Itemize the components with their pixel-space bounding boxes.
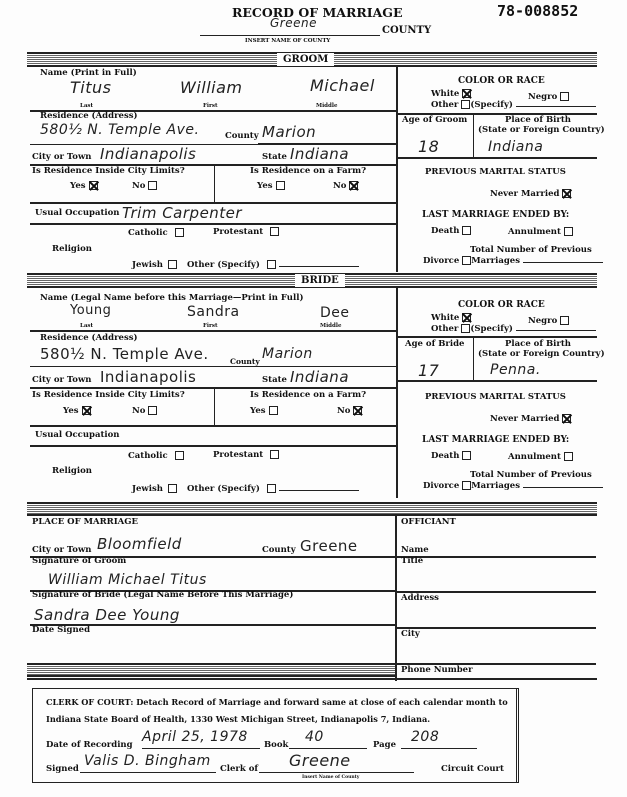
bride-city-limits-label: Is Residence Inside City Limits? — [32, 390, 185, 400]
bride-first-caption: First — [203, 323, 218, 329]
bride-catholic: Catholic — [128, 451, 184, 461]
never-married-label: Never Married — [490, 189, 559, 199]
bride-signature: Sandra Dee Young — [34, 606, 180, 624]
groom-farm-yes: Yes — [257, 181, 285, 191]
divider — [473, 113, 474, 157]
groom-name-label: Name (Print in Full) — [40, 68, 137, 78]
groom-middle-caption: Middle — [316, 103, 337, 109]
bride-catholic-checkbox[interactable] — [175, 451, 184, 460]
bride-farm-no-checkbox[interactable] — [353, 406, 362, 415]
yes-label: Yes — [70, 181, 86, 191]
divider — [30, 330, 396, 332]
book-label: Book — [264, 740, 288, 750]
divorce-label: Divorce — [423, 256, 459, 266]
death-label: Death — [431, 226, 459, 236]
date-of-recording: April 25, 1978 — [142, 729, 248, 745]
divider — [397, 380, 597, 382]
groom-state: Indiana — [290, 145, 349, 163]
groom-prev-status-label: PREVIOUS MARITAL STATUS — [425, 167, 566, 177]
divider — [396, 627, 596, 629]
bride-city-limits-no-checkbox[interactable] — [148, 406, 157, 415]
place-section-bar — [27, 502, 597, 516]
marriages-label: Marriages — [471, 256, 520, 266]
bride-protestant: Protestant — [213, 450, 279, 460]
signed-line: Valis D. Bingham — [80, 757, 216, 773]
groom-divorce-checkbox[interactable] — [462, 256, 471, 265]
groom-county-label: County — [225, 131, 259, 141]
page-value: 208 — [411, 729, 439, 745]
protestant-label: Protestant — [213, 450, 263, 460]
bride-city-limits-no: No — [132, 406, 157, 416]
groom-religion-label: Religion — [52, 244, 92, 254]
officiant-name-label: Name — [401, 545, 429, 555]
bride-section-bar: BRIDE — [27, 273, 597, 288]
race-specify-line — [516, 330, 596, 331]
bride-jewish: Jewish — [132, 484, 177, 494]
county-line: Greene — [200, 22, 380, 36]
annulment-label: Annulment — [508, 227, 561, 237]
groom-city-limits-yes-checkbox[interactable] — [89, 181, 98, 190]
bride-other-religion-checkbox[interactable] — [267, 484, 276, 493]
other-label: Other — [431, 324, 458, 334]
bride-birthplace: Penna. — [490, 362, 541, 378]
groom-jewish: Jewish — [132, 260, 177, 270]
groom-divorce: Divorce Marriages — [423, 256, 603, 266]
officiant-city-label: City — [401, 629, 420, 639]
bride-name-label: Name (Legal Name before this Marriage—Pr… — [40, 293, 303, 303]
birth-label-line2: (State or Foreign Country) — [478, 349, 598, 359]
groom-city-label: City or Town — [32, 152, 91, 162]
bride-farm-no: No — [337, 406, 362, 416]
groom-protestant: Protestant — [213, 227, 279, 237]
book-line: 40 — [289, 733, 367, 749]
specify-label: (Specify) — [470, 324, 513, 334]
clerk-of-value: Greene — [289, 751, 351, 770]
groom-farm-label: Is Residence on a Farm? — [250, 166, 366, 176]
bride-jewish-checkbox[interactable] — [168, 484, 177, 493]
groom-age-label: Age of Groom — [402, 115, 467, 125]
signed-value: Valis D. Bingham — [84, 753, 211, 769]
divider — [397, 157, 597, 159]
catholic-label: Catholic — [128, 228, 168, 238]
groom-occupation-label: Usual Occupation — [35, 208, 119, 218]
bride-city-limits-yes: Yes — [63, 406, 91, 416]
never-married-label: Never Married — [490, 414, 559, 424]
divider — [473, 336, 474, 380]
bride-city-label: City or Town — [32, 375, 91, 385]
bride-last-caption: Last — [80, 323, 93, 329]
circuit-court-label: Circuit Court — [441, 764, 504, 774]
bride-state-label: State — [262, 375, 287, 385]
bride-other-religion: Other (Specify) — [187, 484, 359, 494]
groom-section-bar: GROOM — [27, 52, 597, 67]
clerk-of-line: Greene — [259, 757, 414, 773]
other-label: Other (Specify) — [187, 260, 260, 270]
bride-age-label: Age of Bride — [405, 339, 464, 349]
groom-occupation: Trim Carpenter — [122, 204, 242, 222]
no-label: No — [337, 406, 350, 416]
officiant-phone-label: Phone Number — [401, 665, 473, 675]
officiant-address-label: Address — [401, 593, 439, 603]
groom-race-white-checkbox[interactable] — [462, 89, 471, 98]
page-label: Page — [373, 740, 396, 750]
bride-occupation-label: Usual Occupation — [35, 430, 119, 440]
divider — [397, 336, 597, 338]
no-label: No — [333, 181, 346, 191]
yes-label: Yes — [250, 406, 266, 416]
officiant-label: OFFICIANT — [401, 517, 456, 527]
bride-race-white-checkbox[interactable] — [462, 313, 471, 322]
groom-first-name: William — [180, 78, 243, 97]
groom-catholic: Catholic — [128, 228, 184, 238]
bride-farm-yes-checkbox[interactable] — [269, 406, 278, 415]
record-number: 78-008852 — [497, 2, 578, 20]
groom-column-divider — [396, 67, 398, 272]
divider — [214, 387, 215, 425]
groom-section-label: GROOM — [277, 53, 334, 66]
divider — [214, 164, 215, 202]
groom-city: Indianapolis — [100, 145, 196, 163]
groom-age: 18 — [418, 137, 439, 156]
marriage-county: Greene — [300, 537, 358, 555]
groom-farm-no: No — [333, 181, 358, 191]
divorce-label: Divorce — [423, 481, 459, 491]
date-signed-label: Date Signed — [32, 625, 90, 635]
groom-race-label: COLOR OR RACE — [458, 76, 545, 86]
groom-other-religion: Other (Specify) — [187, 260, 359, 270]
date-of-recording-line: April 25, 1978 — [142, 733, 260, 749]
groom-last-caption: Last — [80, 103, 93, 109]
race-specify-line — [516, 106, 596, 107]
groom-annulment: Annulment — [508, 227, 573, 237]
groom-first-caption: First — [203, 103, 218, 109]
bride-middle-caption: Middle — [320, 323, 341, 329]
marriages-label: Marriages — [471, 481, 520, 491]
groom-death-checkbox[interactable] — [462, 226, 471, 235]
jewish-label: Jewish — [132, 260, 163, 270]
groom-race-other-checkbox[interactable] — [461, 100, 470, 109]
bride-section-label: BRIDE — [295, 274, 345, 287]
officiant-title-label: Title — [401, 556, 423, 566]
divider — [30, 223, 396, 225]
county-caption: INSERT NAME OF COUNTY — [245, 38, 330, 44]
bride-column-divider — [396, 288, 398, 498]
groom-county: Marion — [262, 123, 316, 141]
jewish-label: Jewish — [132, 484, 163, 494]
groom-never-married-checkbox[interactable] — [562, 189, 571, 198]
groom-death: Death — [431, 226, 471, 236]
bride-prev-status-label: PREVIOUS MARITAL STATUS — [425, 392, 566, 402]
bride-annulment: Annulment — [508, 452, 573, 462]
white-label: White — [431, 89, 459, 99]
bride-total-prev-label: Total Number of Previous — [470, 470, 592, 480]
groom-farm-yes-checkbox[interactable] — [276, 181, 285, 190]
other-label: Other — [431, 100, 458, 110]
bride-never-married-checkbox[interactable] — [562, 414, 571, 423]
bride-religion-label: Religion — [52, 466, 92, 476]
groom-birthplace: Indiana — [488, 139, 543, 155]
bride-first-name: Sandra — [187, 304, 240, 320]
groom-last-name: Titus — [70, 78, 111, 97]
bride-divorce: Divorce Marriages — [423, 481, 603, 491]
bride-residence: 580½ N. Temple Ave. — [40, 345, 209, 363]
bride-county: Marion — [262, 346, 313, 362]
groom-race-other: Other (Specify) — [431, 100, 596, 110]
groom-catholic-checkbox[interactable] — [175, 228, 184, 237]
other-religion-line — [279, 490, 359, 491]
bride-divorce-checkbox[interactable] — [462, 481, 471, 490]
divider — [396, 556, 596, 558]
book-value: 40 — [305, 729, 324, 745]
groom-protestant-checkbox[interactable] — [270, 227, 279, 236]
marriage-city: Bloomfield — [97, 535, 182, 553]
divider — [30, 445, 396, 447]
bottom-section-bar — [27, 663, 395, 677]
bride-race-label: COLOR OR RACE — [458, 300, 545, 310]
place-of-marriage-label: PLACE OF MARRIAGE — [32, 517, 138, 527]
groom-city-limits-label: Is Residence Inside City Limits? — [32, 166, 185, 176]
marriage-county-label: County — [262, 545, 296, 555]
clerk-instruction-2: Indiana State Board of Health, 1330 West… — [46, 714, 430, 724]
other-label: Other (Specify) — [187, 484, 260, 494]
groom-last-ended-label: LAST MARRIAGE ENDED BY: — [422, 210, 569, 220]
total-prev-line — [523, 262, 603, 263]
date-of-recording-label: Date of Recording — [46, 740, 133, 750]
bride-residence-label: Residence (Address) — [40, 333, 138, 343]
bride-farm-yes: Yes — [250, 406, 278, 416]
groom-race-white: White — [431, 89, 471, 99]
bride-race-other-checkbox[interactable] — [461, 324, 470, 333]
page-line: 208 — [401, 733, 477, 749]
no-label: No — [132, 181, 145, 191]
yes-label: Yes — [63, 406, 79, 416]
bride-city: Indianapolis — [100, 368, 196, 386]
groom-jewish-checkbox[interactable] — [168, 260, 177, 269]
groom-signature: William Michael Titus — [48, 572, 207, 588]
groom-never-married: Never Married — [490, 189, 571, 199]
divider — [27, 678, 597, 680]
bride-state: Indiana — [290, 368, 349, 386]
officiant-column-divider — [395, 516, 397, 681]
clerk-instruction-1: CLERK OF COURT: Detach Record of Marriag… — [46, 697, 508, 707]
groom-total-prev-label: Total Number of Previous — [470, 245, 592, 255]
specify-label: (Specify) — [470, 100, 513, 110]
white-label: White — [431, 313, 459, 323]
groom-city-limits-yes: Yes — [70, 181, 98, 191]
county-value: Greene — [270, 16, 317, 30]
groom-birth-label: Place of Birth (State or Foreign Country… — [478, 115, 598, 135]
birth-label-line1: Place of Birth — [478, 115, 598, 125]
bride-county-label: County — [230, 357, 260, 366]
annulment-label: Annulment — [508, 452, 561, 462]
bride-signature-label: Signature of Bride (Legal Name Before Th… — [32, 590, 293, 600]
bride-death: Death — [431, 451, 471, 461]
bride-death-checkbox[interactable] — [462, 451, 471, 460]
bride-race-other: Other (Specify) — [431, 324, 596, 334]
groom-city-limits-no-checkbox[interactable] — [148, 181, 157, 190]
birth-label-line2: (State or Foreign Country) — [478, 125, 598, 135]
no-label: No — [132, 406, 145, 416]
divider — [30, 366, 396, 367]
groom-annulment-checkbox[interactable] — [564, 227, 573, 236]
groom-other-religion-checkbox[interactable] — [267, 260, 276, 269]
divider — [30, 425, 396, 427]
bride-protestant-checkbox[interactable] — [270, 450, 279, 459]
other-religion-line — [279, 266, 359, 267]
protestant-label: Protestant — [213, 227, 263, 237]
bride-age: 17 — [418, 361, 439, 380]
bride-never-married: Never Married — [490, 414, 571, 424]
clerk-of-caption: Insert Name of County — [302, 775, 359, 780]
page-title: RECORD OF MARRIAGE — [232, 5, 403, 20]
bride-last-ended-label: LAST MARRIAGE ENDED BY: — [422, 435, 569, 445]
divider — [30, 387, 396, 389]
bride-middle-name: Dee — [320, 305, 350, 321]
total-prev-line — [523, 487, 603, 488]
groom-middle-name: Michael — [310, 76, 375, 95]
death-label: Death — [431, 451, 459, 461]
groom-farm-no-checkbox[interactable] — [349, 181, 358, 190]
bride-farm-label: Is Residence on a Farm? — [250, 390, 366, 400]
groom-residence-label: Residence (Address) — [40, 111, 138, 121]
yes-label: Yes — [257, 181, 273, 191]
catholic-label: Catholic — [128, 451, 168, 461]
bride-birth-label: Place of Birth (State or Foreign Country… — [478, 339, 598, 359]
bride-race-white: White — [431, 313, 471, 323]
clerk-of-label: Clerk of — [220, 764, 258, 774]
bride-city-limits-yes-checkbox[interactable] — [82, 406, 91, 415]
signed-label: Signed — [46, 764, 79, 774]
marriage-city-label: City or Town — [32, 545, 91, 555]
groom-residence: 580½ N. Temple Ave. — [40, 122, 199, 138]
birth-label-line1: Place of Birth — [478, 339, 598, 349]
bride-last-name: Young — [70, 303, 111, 318]
groom-signature-label: Signature of Groom — [32, 556, 126, 566]
county-suffix: COUNTY — [382, 25, 431, 36]
bride-annulment-checkbox[interactable] — [564, 452, 573, 461]
groom-state-label: State — [262, 152, 287, 162]
groom-city-limits-no: No — [132, 181, 157, 191]
